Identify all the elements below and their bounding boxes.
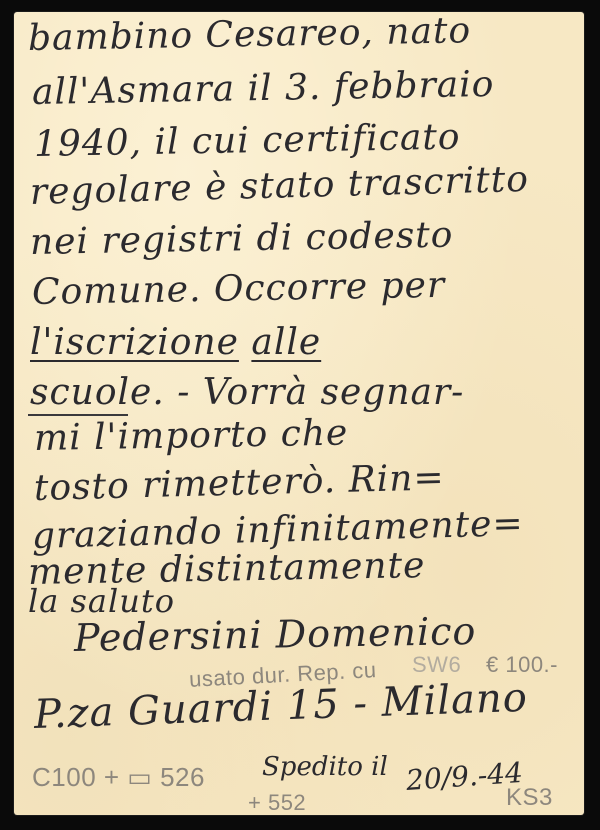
letter-line-8: scuole. - Vorrà segnar- xyxy=(30,372,464,413)
letter-line-9: mi l'importo che xyxy=(34,413,349,459)
address: P.za Guardi 15 - Milano xyxy=(33,675,528,738)
pencil-catalog-plus: + 552 xyxy=(248,790,306,816)
pencil-code: KS3 xyxy=(506,784,553,812)
letter-line-7: l'iscrizione alle xyxy=(30,322,321,363)
pencil-catalog-ref: C100 + ▭ 526 xyxy=(32,762,205,793)
letter-line-5: nei registri di codesto xyxy=(30,215,454,263)
postcard: bambino Cesareo, nato all'Asmara il 3. f… xyxy=(14,12,584,815)
iscrizione-text: l'iscrizione xyxy=(30,322,239,363)
pencil-note-sw6: SW6 xyxy=(412,652,461,678)
alle-underlined: alle xyxy=(251,322,321,363)
letter-line-1: bambino Cesareo, nato xyxy=(28,10,472,59)
letter-line-3: 1940, il cui certificato xyxy=(34,117,461,165)
letter-line-6: Comune. Occorre per xyxy=(32,265,446,313)
letter-line-2: all'Asmara il 3. febbraio xyxy=(32,64,495,113)
letter-line-4: regolare è stato trascritto xyxy=(29,159,529,213)
ink-note-spedito: Spedito il xyxy=(262,752,388,782)
letter-line-10: tosto rimetterò. Rin= xyxy=(33,457,445,509)
